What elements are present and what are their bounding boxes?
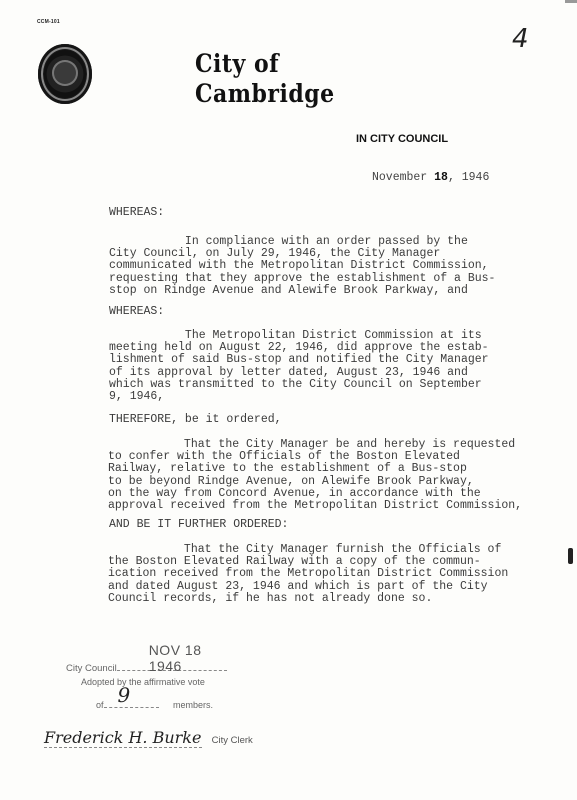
further-ordered-label: AND BE IT FURTHER ORDERED: <box>109 518 288 531</box>
therefore-label: THEREFORE, be it ordered, <box>109 413 282 426</box>
scan-artifact <box>568 548 573 564</box>
stamp-vote-line: of9 members. <box>96 697 213 710</box>
stamp-of-label: of <box>96 700 104 710</box>
stamp-members-label: members. <box>173 700 213 710</box>
stamp-council-label: City Council <box>66 663 117 674</box>
city-seal-icon <box>38 44 92 104</box>
stamp-council-line: City CouncilNOV 18 1946 <box>66 660 227 674</box>
date-month: November <box>372 171 434 184</box>
document-date: November 18, 1946 <box>372 171 489 184</box>
council-heading: IN CITY COUNCIL <box>356 133 448 145</box>
whereas-label-1: WHEREAS: <box>109 206 164 219</box>
clerk-signature: Frederick H. Burke <box>44 728 202 748</box>
date-year: , 1946 <box>448 171 489 184</box>
vote-count: 9 <box>118 683 131 707</box>
clerk-title: City Clerk <box>212 735 253 746</box>
page-title: City of Cambridge <box>195 49 405 109</box>
therefore-paragraph: That the City Manager be and hereby is r… <box>108 439 522 512</box>
whereas-paragraph-2: The Metropolitan District Commission at … <box>109 330 489 403</box>
whereas-label-2: WHEREAS: <box>109 305 164 318</box>
seal-emblem <box>52 60 78 86</box>
further-ordered-paragraph: That the City Manager furnish the Offici… <box>108 544 508 605</box>
stamp-adopted-text: Adopted by the affirmative vote <box>81 677 205 687</box>
clerk-signature-line: Frederick H. Burke City Clerk <box>44 728 253 748</box>
whereas-paragraph-1: In compliance with an order passed by th… <box>109 236 495 297</box>
stamp-council-date: NOV 18 1946 <box>149 642 227 674</box>
scan-artifact <box>565 0 577 3</box>
handwritten-page-number: 4 <box>512 24 529 54</box>
form-code: CCM-101 <box>37 19 60 25</box>
date-day: 18 <box>434 171 448 184</box>
